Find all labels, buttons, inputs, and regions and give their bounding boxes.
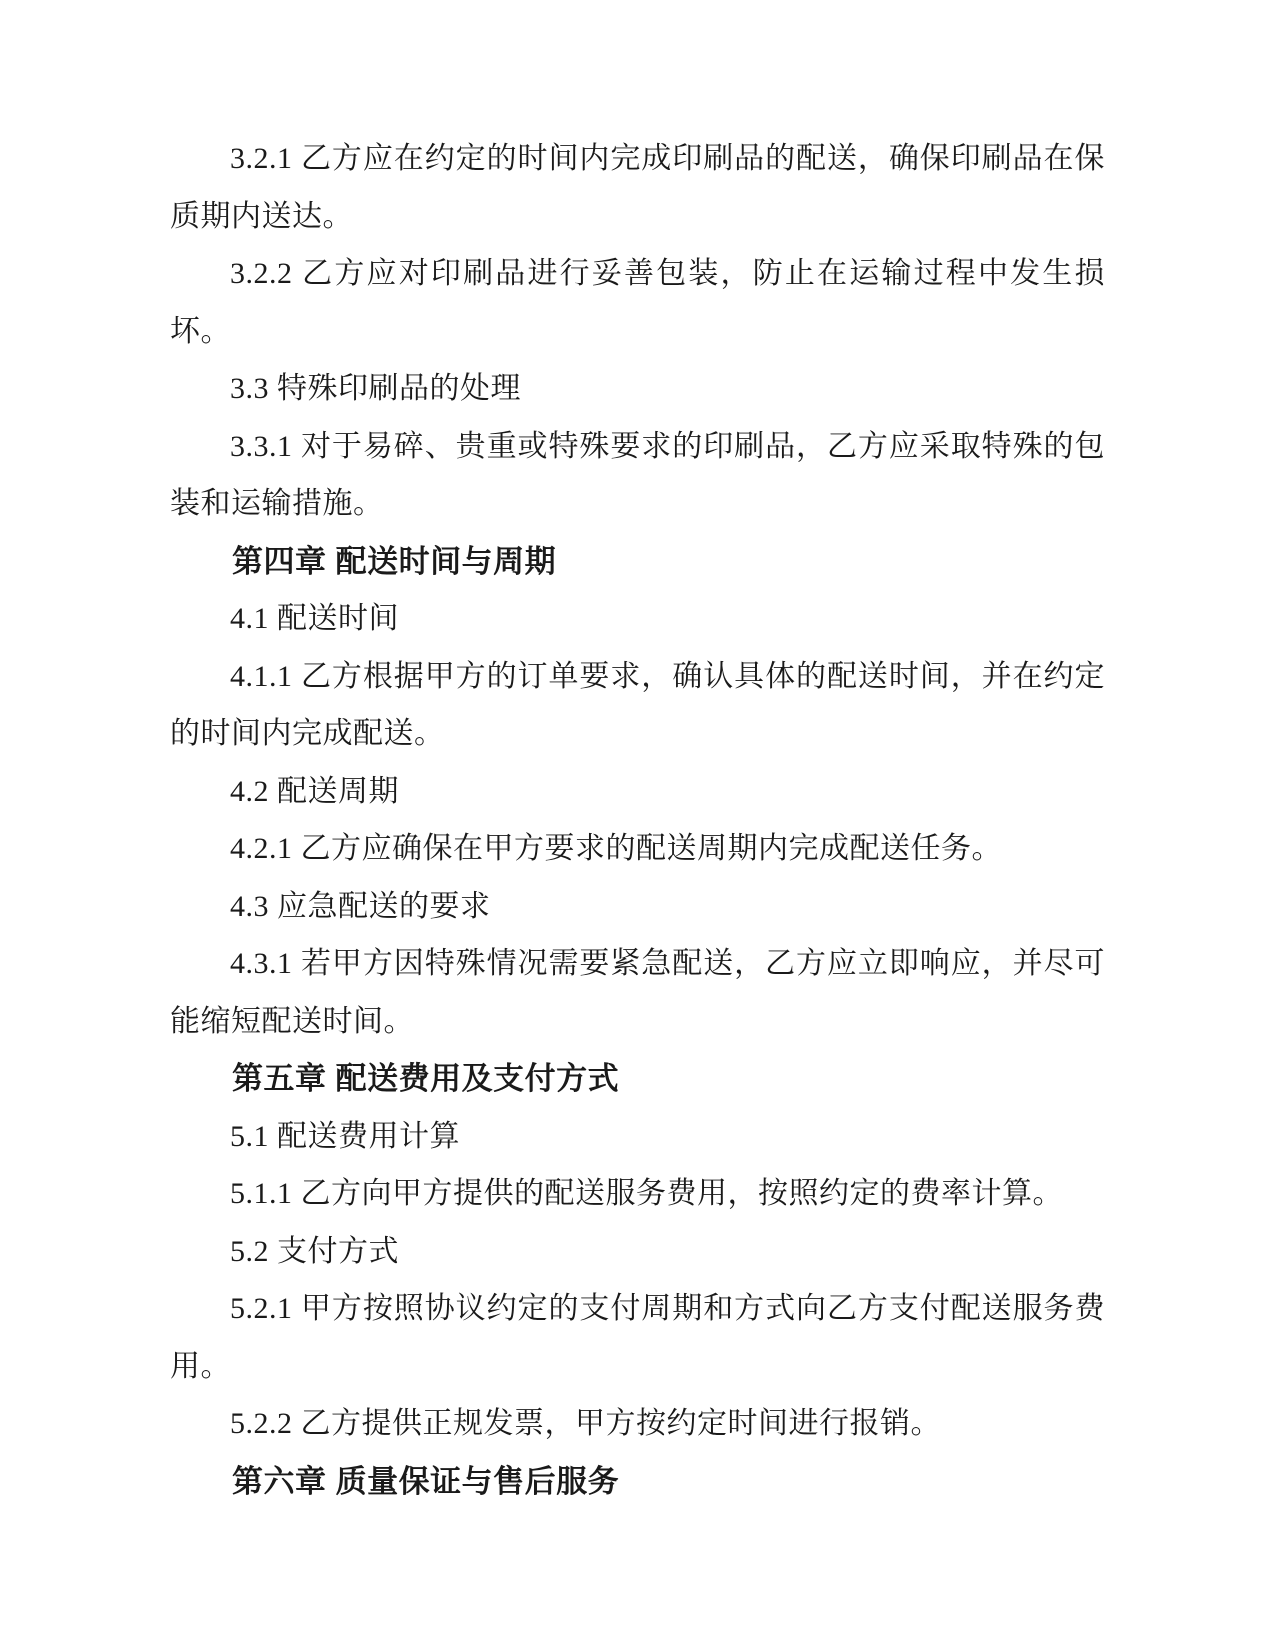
contract-paragraph: 3.3.1 对于易碎、贵重或特殊要求的印刷品，乙方应采取特殊的包装和运输措施。	[170, 418, 1105, 533]
contract-paragraph: 5.2.2 乙方提供正规发票，甲方按约定时间进行报销。	[170, 1395, 1105, 1453]
contract-paragraph: 5.2 支付方式	[170, 1223, 1105, 1281]
contract-paragraph: 5.1 配送费用计算	[170, 1108, 1105, 1166]
contract-paragraph: 3.3 特殊印刷品的处理	[170, 360, 1105, 418]
contract-paragraph: 4.1 配送时间	[170, 590, 1105, 648]
chapter-heading: 第四章 配送时间与周期	[170, 533, 1105, 591]
contract-paragraph: 4.3 应急配送的要求	[170, 878, 1105, 936]
contract-paragraph: 4.2.1 乙方应确保在甲方要求的配送周期内完成配送任务。	[170, 820, 1105, 878]
chapter-heading: 第五章 配送费用及支付方式	[170, 1050, 1105, 1108]
contract-paragraph: 4.3.1 若甲方因特殊情况需要紧急配送，乙方应立即响应，并尽可能缩短配送时间。	[170, 935, 1105, 1050]
contract-paragraph: 3.2.2 乙方应对印刷品进行妥善包装，防止在运输过程中发生损坏。	[170, 245, 1105, 360]
contract-paragraph: 3.2.1 乙方应在约定的时间内完成印刷品的配送，确保印刷品在保质期内送达。	[170, 130, 1105, 245]
contract-paragraph: 4.1.1 乙方根据甲方的订单要求，确认具体的配送时间，并在约定的时间内完成配送…	[170, 648, 1105, 763]
contract-paragraph: 5.2.1 甲方按照协议约定的支付周期和方式向乙方支付配送服务费用。	[170, 1280, 1105, 1395]
contract-body: 3.2.1 乙方应在约定的时间内完成印刷品的配送，确保印刷品在保质期内送达。3.…	[170, 130, 1105, 1510]
contract-paragraph: 5.1.1 乙方向甲方提供的配送服务费用，按照约定的费率计算。	[170, 1165, 1105, 1223]
document-page: 3.2.1 乙方应在约定的时间内完成印刷品的配送，确保印刷品在保质期内送达。3.…	[0, 0, 1275, 1650]
chapter-heading: 第六章 质量保证与售后服务	[170, 1453, 1105, 1511]
contract-paragraph: 4.2 配送周期	[170, 763, 1105, 821]
